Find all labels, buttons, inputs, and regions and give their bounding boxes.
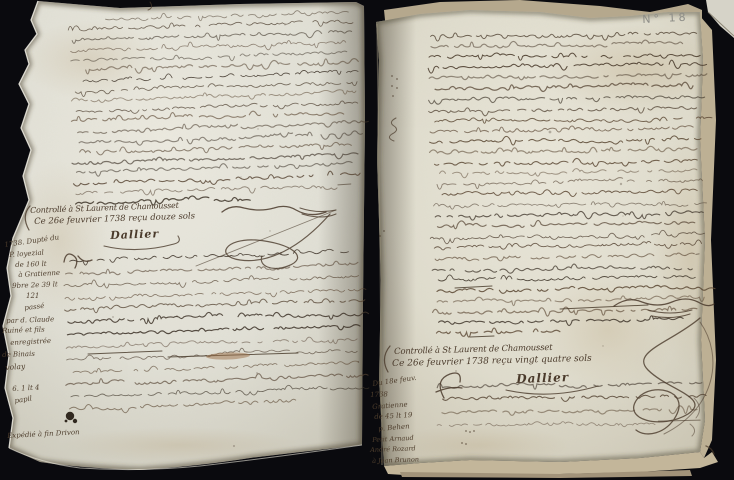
folio-number-pencil: N° 18 [642, 11, 689, 26]
margin-note: de Binais [2, 350, 35, 359]
margin-note: 6. 1 lt 4 [12, 384, 40, 393]
margin-note: Ruiné et fils [2, 326, 45, 335]
margin-note: André Rozard [370, 444, 416, 454]
margin-note: 121 [26, 292, 39, 300]
controle-signature-right: Dallier [516, 370, 569, 386]
margin-note: par d. Claude [6, 315, 54, 325]
manuscript-scan: N° 18 Controllé à St Laurent de Chamouss… [0, 0, 734, 480]
margin-note: 9bre 2e 39 lt [12, 280, 58, 290]
margin-note: 1738 [370, 390, 388, 399]
margin-note: volay [5, 362, 25, 372]
margin-note: de 160 lt [15, 260, 47, 269]
margin-note: à Jean Brunon [372, 455, 419, 465]
controle-signature-left: Dallier [110, 227, 159, 242]
